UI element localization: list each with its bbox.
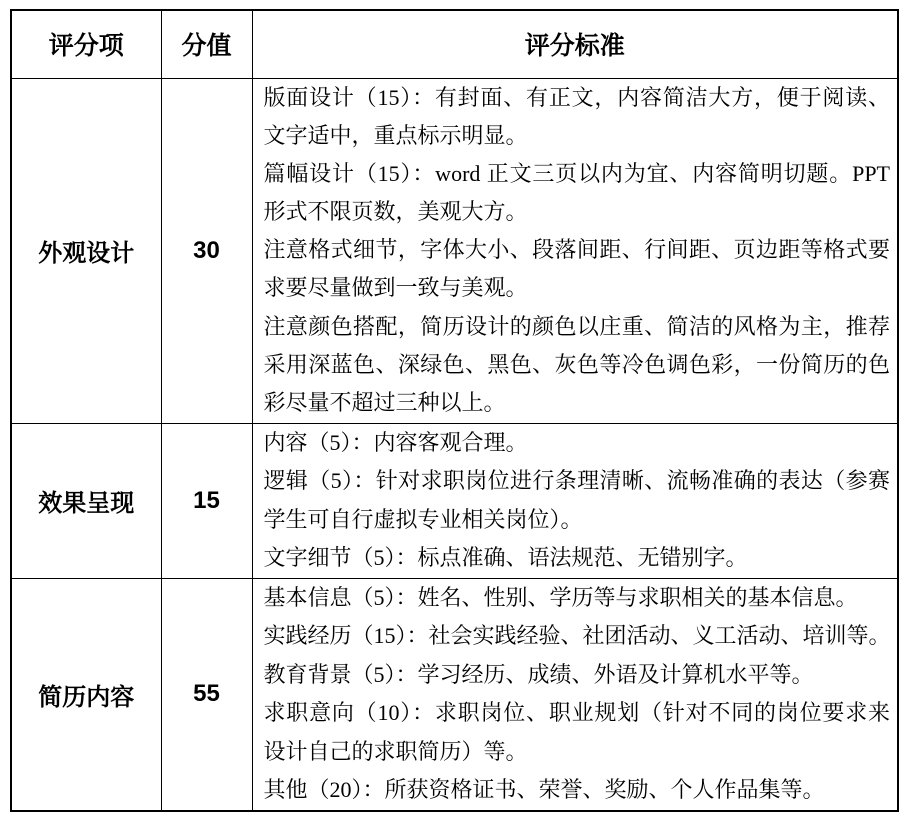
table-row-effect-presentation: 效果呈现 15 内容（5）：内容客观合理。 逻辑（5）：针对求职岗位进行条理清晰… bbox=[11, 423, 898, 578]
row-score-value: 55 bbox=[161, 578, 252, 811]
row-item-label: 效果呈现 bbox=[11, 423, 161, 578]
row-item-label: 外观设计 bbox=[11, 78, 161, 423]
criteria-line: 内容（5）：内容客观合理。 bbox=[264, 424, 891, 463]
criteria-line: 文字细节（5）：标点准确、语法规范、无错别字。 bbox=[264, 539, 891, 578]
table-row-appearance-design: 外观设计 30 版面设计（15）：有封面、有正文，内容简洁大方，便于阅读、 文字… bbox=[11, 78, 898, 423]
criteria-line: 学生可自行虚拟专业相关岗位）。 bbox=[264, 501, 891, 540]
scoring-criteria-table: 评分项 分值 评分标准 外观设计 30 版面设计（15）：有封面、有正文，内容简… bbox=[10, 9, 899, 812]
row-score-value: 30 bbox=[161, 78, 252, 423]
criteria-line: 设计自己的求职简历）等。 bbox=[264, 733, 891, 772]
criteria-cell: 基本信息（5）：姓名、性别、学历等与求职相关的基本信息。 实践经历（15）：社会… bbox=[252, 578, 898, 811]
row-score-value: 15 bbox=[161, 423, 252, 578]
criteria-line: 采用深蓝色、深绿色、黑色、灰色等冷色调色彩，一份简历的色 bbox=[264, 346, 891, 384]
criteria-cell: 内容（5）：内容客观合理。 逻辑（5）：针对求职岗位进行条理清晰、流畅准确的表达… bbox=[252, 423, 898, 578]
header-score-value: 分值 bbox=[161, 10, 252, 78]
criteria-lines: 基本信息（5）：姓名、性别、学历等与求职相关的基本信息。 实践经历（15）：社会… bbox=[253, 579, 898, 810]
table-header-row: 评分项 分值 评分标准 bbox=[11, 10, 898, 78]
criteria-line: 基本信息（5）：姓名、性别、学历等与求职相关的基本信息。 bbox=[264, 579, 891, 618]
page: 评分项 分值 评分标准 外观设计 30 版面设计（15）：有封面、有正文，内容简… bbox=[0, 0, 907, 821]
criteria-cell: 版面设计（15）：有封面、有正文，内容简洁大方，便于阅读、 文字适中，重点标示明… bbox=[252, 78, 898, 423]
criteria-lines: 版面设计（15）：有封面、有正文，内容简洁大方，便于阅读、 文字适中，重点标示明… bbox=[253, 79, 898, 423]
criteria-line: 教育背景（5）：学习经历、成绩、外语及计算机水平等。 bbox=[264, 656, 891, 695]
criteria-lines: 内容（5）：内容客观合理。 逻辑（5）：针对求职岗位进行条理清晰、流畅准确的表达… bbox=[253, 424, 898, 578]
criteria-line: 版面设计（15）：有封面、有正文，内容简洁大方，便于阅读、 bbox=[264, 79, 891, 117]
criteria-line: 注意格式细节，字体大小、段落间距、行间距、页边距等格式要 bbox=[264, 231, 891, 269]
header-scoring-item: 评分项 bbox=[11, 10, 161, 78]
criteria-line: 彩尽量不超过三种以上。 bbox=[264, 384, 891, 422]
row-item-label: 简历内容 bbox=[11, 578, 161, 811]
criteria-line: 文字适中，重点标示明显。 bbox=[264, 117, 891, 155]
criteria-line: 其他（20）：所获资格证书、荣誉、奖励、个人作品集等。 bbox=[264, 771, 891, 810]
criteria-line: 逻辑（5）：针对求职岗位进行条理清晰、流畅准确的表达（参赛 bbox=[264, 462, 891, 501]
criteria-line: 篇幅设计（15）：word 正文三页以内为宜、内容简明切题。PPT bbox=[264, 155, 891, 193]
criteria-line: 实践经历（15）：社会实践经验、社团活动、义工活动、培训等。 bbox=[264, 617, 891, 656]
table-row-resume-content: 简历内容 55 基本信息（5）：姓名、性别、学历等与求职相关的基本信息。 实践经… bbox=[11, 578, 898, 811]
criteria-line: 形式不限页数，美观大方。 bbox=[264, 193, 891, 231]
criteria-line: 求要尽量做到一致与美观。 bbox=[264, 269, 891, 307]
criteria-line: 求职意向（10）：求职岗位、职业规划（针对不同的岗位要求来 bbox=[264, 694, 891, 733]
header-scoring-criteria: 评分标准 bbox=[252, 10, 898, 78]
criteria-line: 注意颜色搭配，简历设计的颜色以庄重、简洁的风格为主，推荐 bbox=[264, 308, 891, 346]
